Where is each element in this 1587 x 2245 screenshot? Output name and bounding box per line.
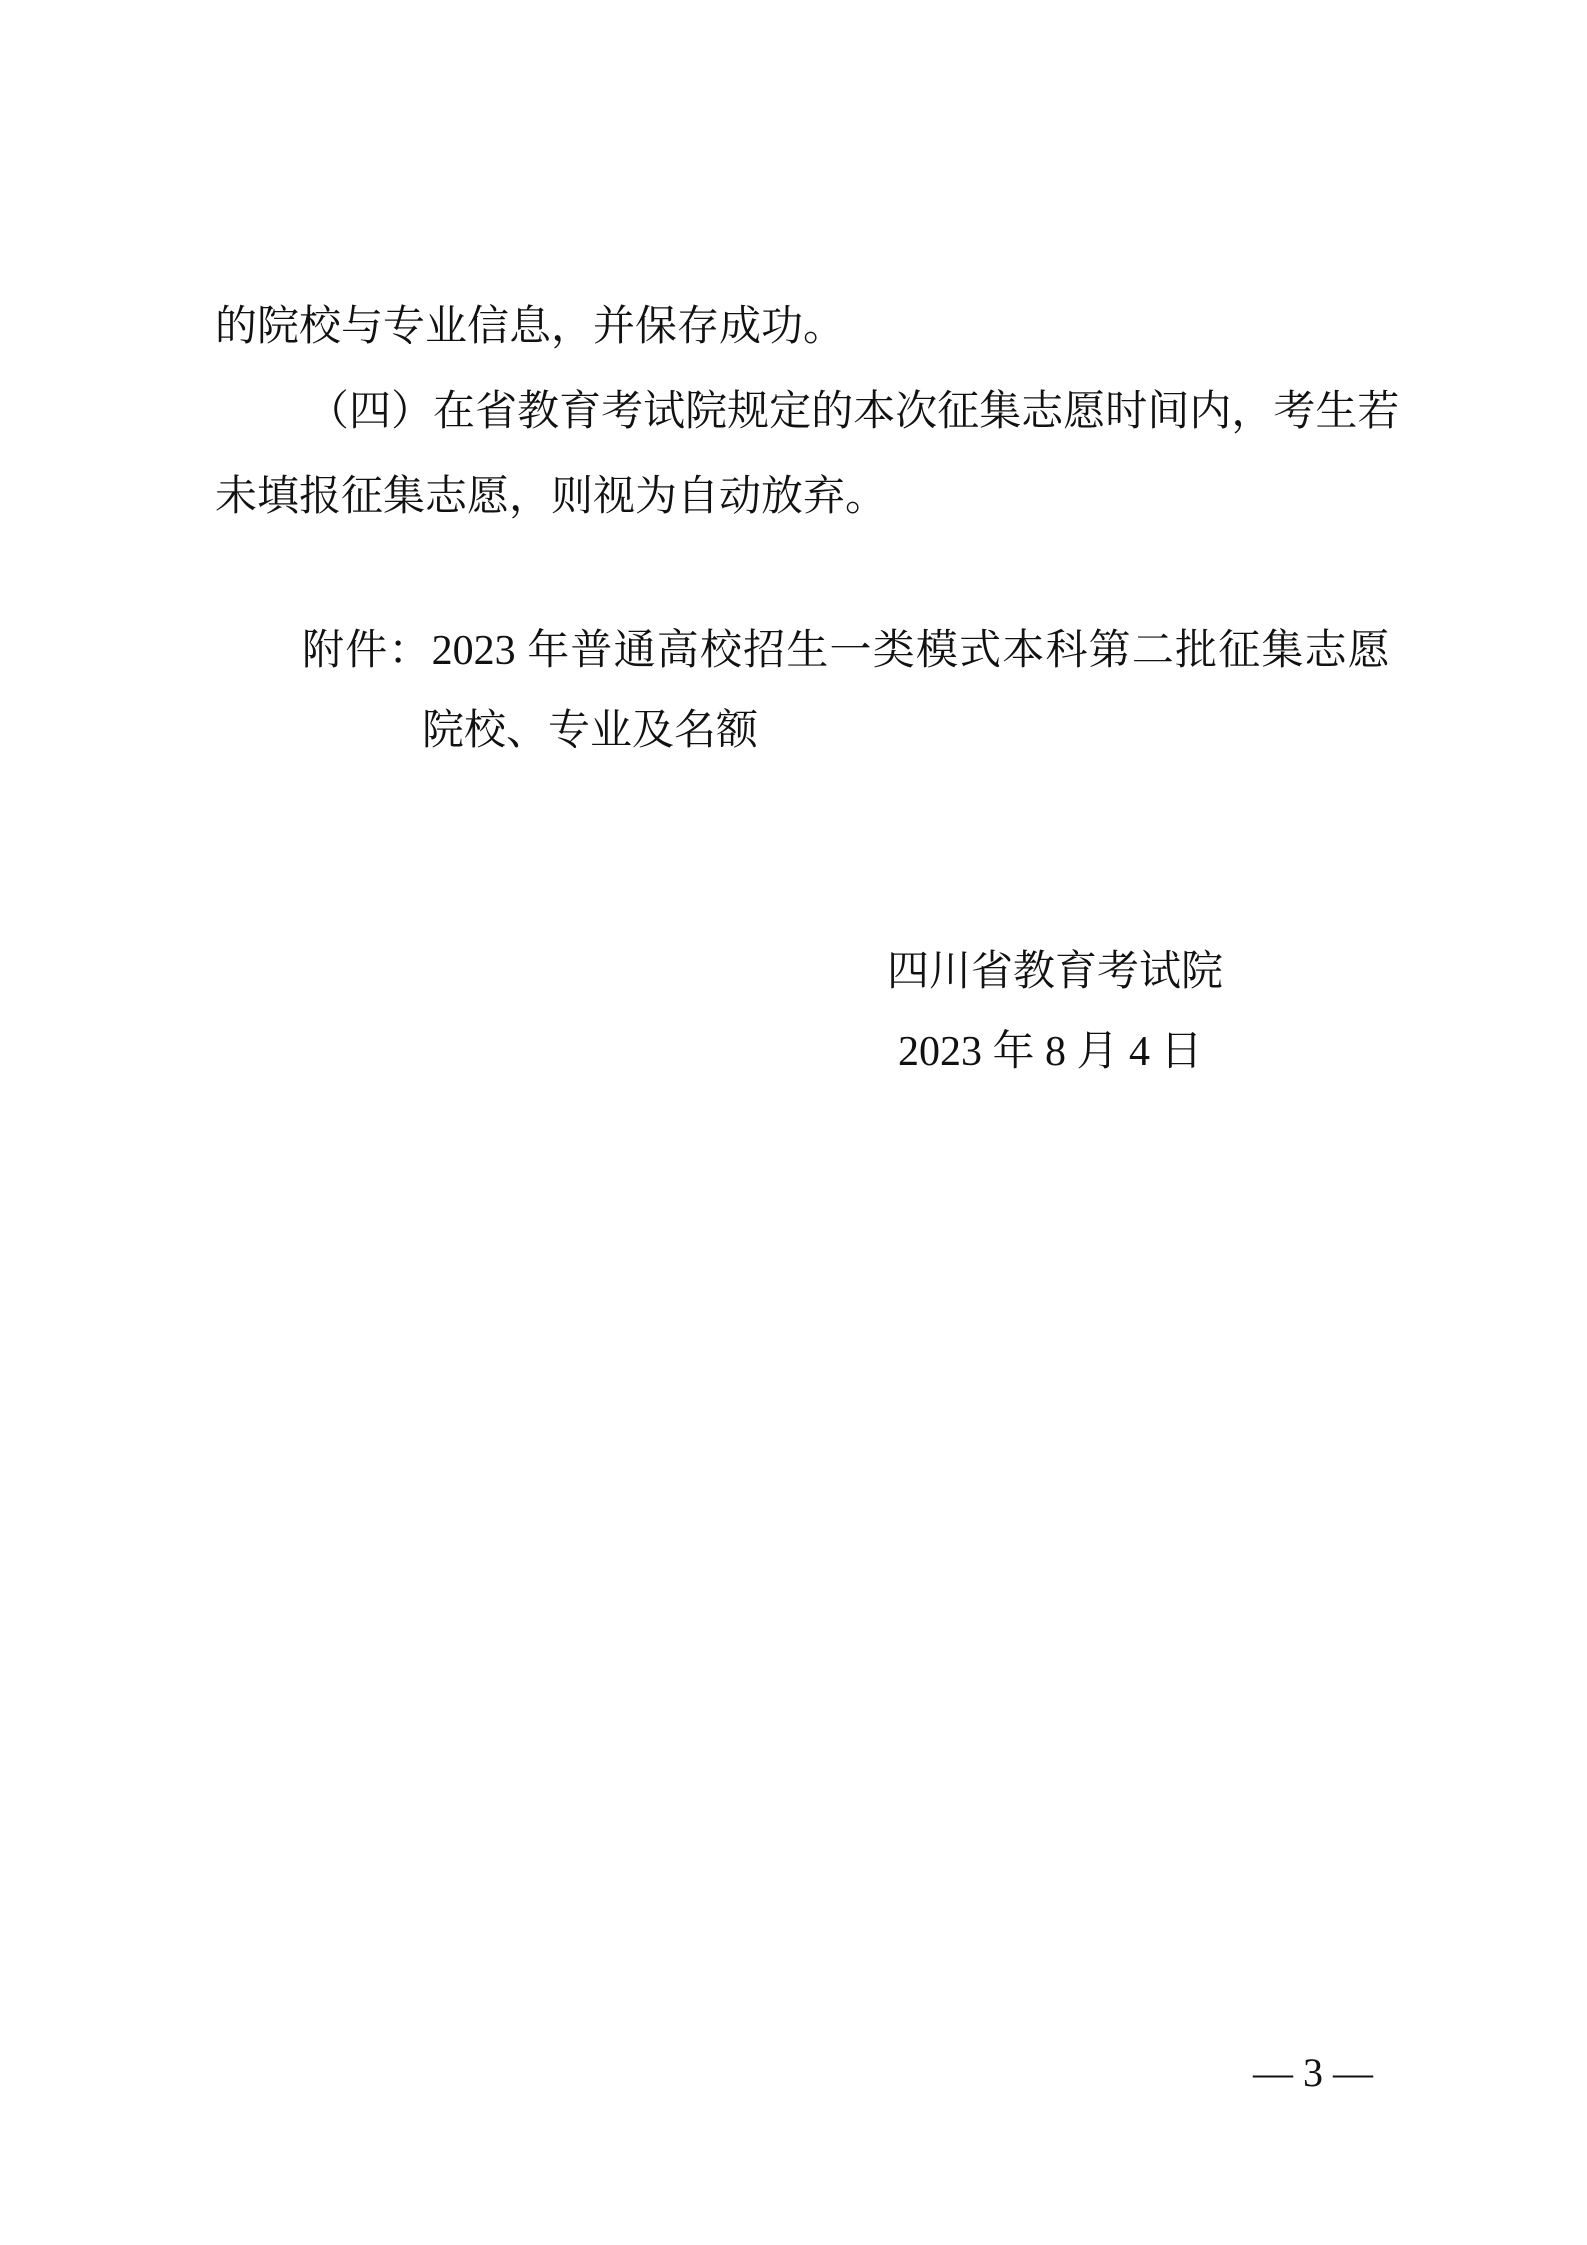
page-number: — 3 — — [1253, 2050, 1373, 2096]
signature-issuer: 四川省教育考试院 — [887, 948, 1223, 996]
body-continuation-line: 的院校与专业信息，并保存成功。 — [215, 303, 845, 351]
item-four-line1: （四）在省教育考试院规定的本次征集志愿时间内，考生若 — [215, 388, 1390, 436]
attachment-line1: 附件：2023 年普通高校招生一类模式本科第二批征集志愿 — [215, 627, 1390, 675]
attachment-line2: 院校、专业及名额 — [422, 707, 758, 755]
item-four-line2: 未填报征集志愿，则视为自动放弃。 — [215, 473, 887, 521]
document-page: 的院校与专业信息，并保存成功。 （四）在省教育考试院规定的本次征集志愿时间内，考… — [0, 0, 1587, 2245]
signature-date: 2023 年 8 月 4 日 — [898, 1028, 1203, 1076]
